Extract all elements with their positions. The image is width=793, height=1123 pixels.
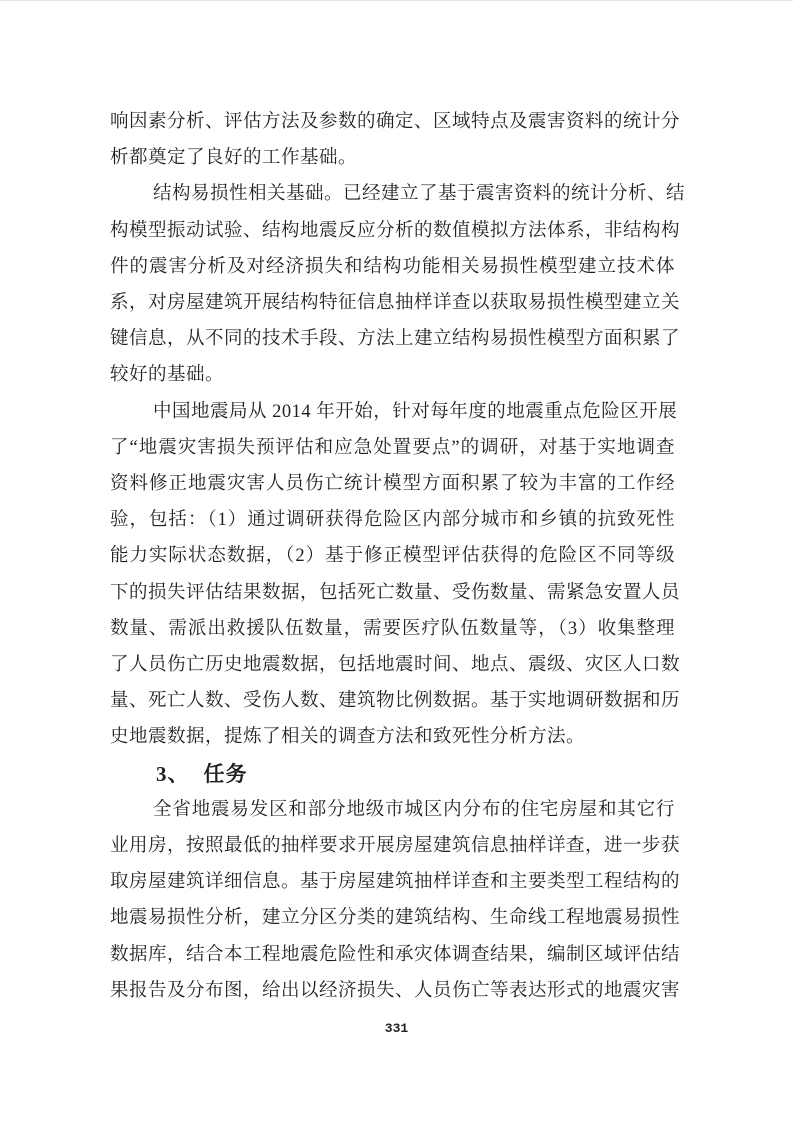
text-line: 数据库，结合本工程地震危险性和承灾体调查结果，编制区域评估结 [110, 937, 675, 973]
text-line: 取房屋建筑详细信息。基于房屋建筑抽样详查和主要类型工程结构的 [110, 864, 675, 900]
section-heading-title: 任务 [204, 762, 248, 786]
text-line: 数量、需派出救援队伍数量，需要医疗队伍数量等，（3）收集整理 [110, 611, 675, 647]
text-line: 能力实际状态数据，（2）基于修正模型评估获得的危险区不同等级 [110, 538, 675, 574]
text-line: 全省地震易发区和部分地级市城区内分布的住宅房屋和其它行 [110, 792, 675, 828]
text-line: 业用房，按照最低的抽样要求开展房屋建筑信息抽样详查，进一步获 [110, 828, 675, 864]
paragraph-structure-vulnerability: 结构易损性相关基础。已经建立了基于震害资料的统计分析、结 构模型振动试验、结构地… [110, 176, 675, 393]
paragraph-task: 全省地震易发区和部分地级市城区内分布的住宅房屋和其它行 业用房，按照最低的抽样要… [110, 792, 675, 1009]
paragraph-continuation: 响因素分析、评估方法及参数的确定、区域特点及震害资料的统计分 析都奠定了良好的工… [110, 104, 675, 176]
text-line: 较好的基础。 [110, 357, 675, 393]
section-heading-number: 3、 [156, 762, 190, 786]
document-page: 响因素分析、评估方法及参数的确定、区域特点及震害资料的统计分 析都奠定了良好的工… [0, 0, 793, 1123]
section-heading: 3、任务 [110, 756, 675, 792]
text-line: 响因素分析、评估方法及参数的确定、区域特点及震害资料的统计分 [110, 104, 675, 140]
text-line: 中国地震局从 2014 年开始，针对每年度的地震重点危险区开展 [110, 394, 675, 430]
text-line: 果报告及分布图，给出以经济损失、人员伤亡等表达形式的地震灾害 [110, 973, 675, 1009]
paragraph-cea-survey: 中国地震局从 2014 年开始，针对每年度的地震重点危险区开展 了“地震灾害损失… [110, 394, 675, 756]
text-line: 史地震数据，提炼了相关的调查方法和致死性分析方法。 [110, 719, 675, 755]
text-line: 结构易损性相关基础。已经建立了基于震害资料的统计分析、结 [110, 176, 675, 212]
text-line: 构模型振动试验、结构地震反应分析的数值模拟方法体系，非结构构 [110, 213, 675, 249]
text-line: 量、死亡人数、受伤人数、建筑物比例数据。基于实地调研数据和历 [110, 683, 675, 719]
page-number: 331 [0, 1021, 793, 1036]
text-line: 了人员伤亡历史地震数据，包括地震时间、地点、震级、灾区人口数 [110, 647, 675, 683]
text-line: 析都奠定了良好的工作基础。 [110, 140, 675, 176]
text-line: 了“地震灾害损失预评估和应急处置要点”的调研，对基于实地调查 [110, 430, 675, 466]
text-line: 下的损失评估结果数据，包括死亡数量、受伤数量、需紧急安置人员 [110, 575, 675, 611]
text-line: 键信息，从不同的技术手段、方法上建立结构易损性模型方面积累了 [110, 321, 675, 357]
text-line: 件的震害分析及对经济损失和结构功能相关易损性模型建立技术体 [110, 249, 675, 285]
text-line: 验，包括：（1）通过调研获得危险区内部分城市和乡镇的抗致死性 [110, 502, 675, 538]
text-line: 地震易损性分析，建立分区分类的建筑结构、生命线工程地震易损性 [110, 900, 675, 936]
text-line: 系，对房屋建筑开展结构特征信息抽样详查以获取易损性模型建立关 [110, 285, 675, 321]
text-line: 资料修正地震灾害人员伤亡统计模型方面积累了较为丰富的工作经 [110, 466, 675, 502]
text-block: 响因素分析、评估方法及参数的确定、区域特点及震害资料的统计分 析都奠定了良好的工… [110, 104, 675, 1009]
